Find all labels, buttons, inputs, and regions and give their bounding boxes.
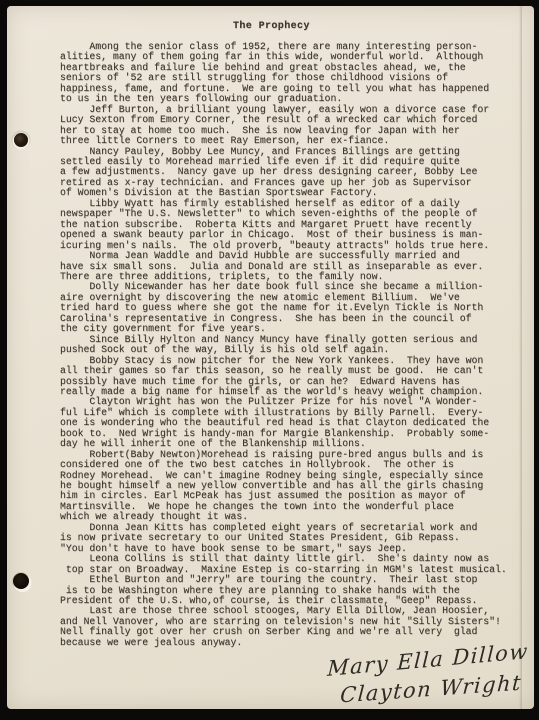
hole-punch-bottom bbox=[13, 573, 29, 589]
paragraph: Among the senior class of 1952, there ar… bbox=[60, 42, 522, 105]
paragraph: Nancy Pauley, Bobby Lee Muncy, and Franc… bbox=[60, 147, 522, 199]
paragraph: Last are those three school stooges, Mar… bbox=[60, 606, 522, 648]
scanned-page: The Prophecy Among the senior class of 1… bbox=[0, 0, 539, 720]
paragraph: Jeff Burton, a brilliant young lawyer, e… bbox=[60, 105, 522, 147]
paragraph: Dolly Nicewander has her date book full … bbox=[60, 282, 522, 334]
page-title: The Prophecy bbox=[60, 21, 522, 32]
paragraph: Ethel Burton and "Jerry" are touring the… bbox=[60, 575, 522, 606]
paragraph: Libby Wyatt has firmly established herse… bbox=[60, 199, 522, 251]
paragraph: Leona Collins is still that dainty littl… bbox=[60, 554, 522, 575]
paper: The Prophecy Among the senior class of 1… bbox=[7, 6, 534, 709]
signature-clayton-wright: Clayton Wright bbox=[339, 671, 523, 708]
paragraph: Robert(Baby Newton)Morehead is raising p… bbox=[60, 450, 522, 523]
paragraph: Norma Jean Waddle and David Hubble are s… bbox=[60, 251, 522, 282]
document-content: The Prophecy Among the senior class of 1… bbox=[60, 21, 522, 648]
paragraph: Bobby Stacy is now pitcher for the New Y… bbox=[60, 356, 522, 398]
paragraph: Donna Jean Kitts has completed eight yea… bbox=[60, 523, 522, 554]
paragraph: Clayton Wright has won the Pulitzer Priz… bbox=[60, 397, 522, 449]
paragraph: Since Billy Hylton and Nancy Muncy have … bbox=[60, 335, 522, 356]
hole-punch-top bbox=[14, 133, 28, 147]
